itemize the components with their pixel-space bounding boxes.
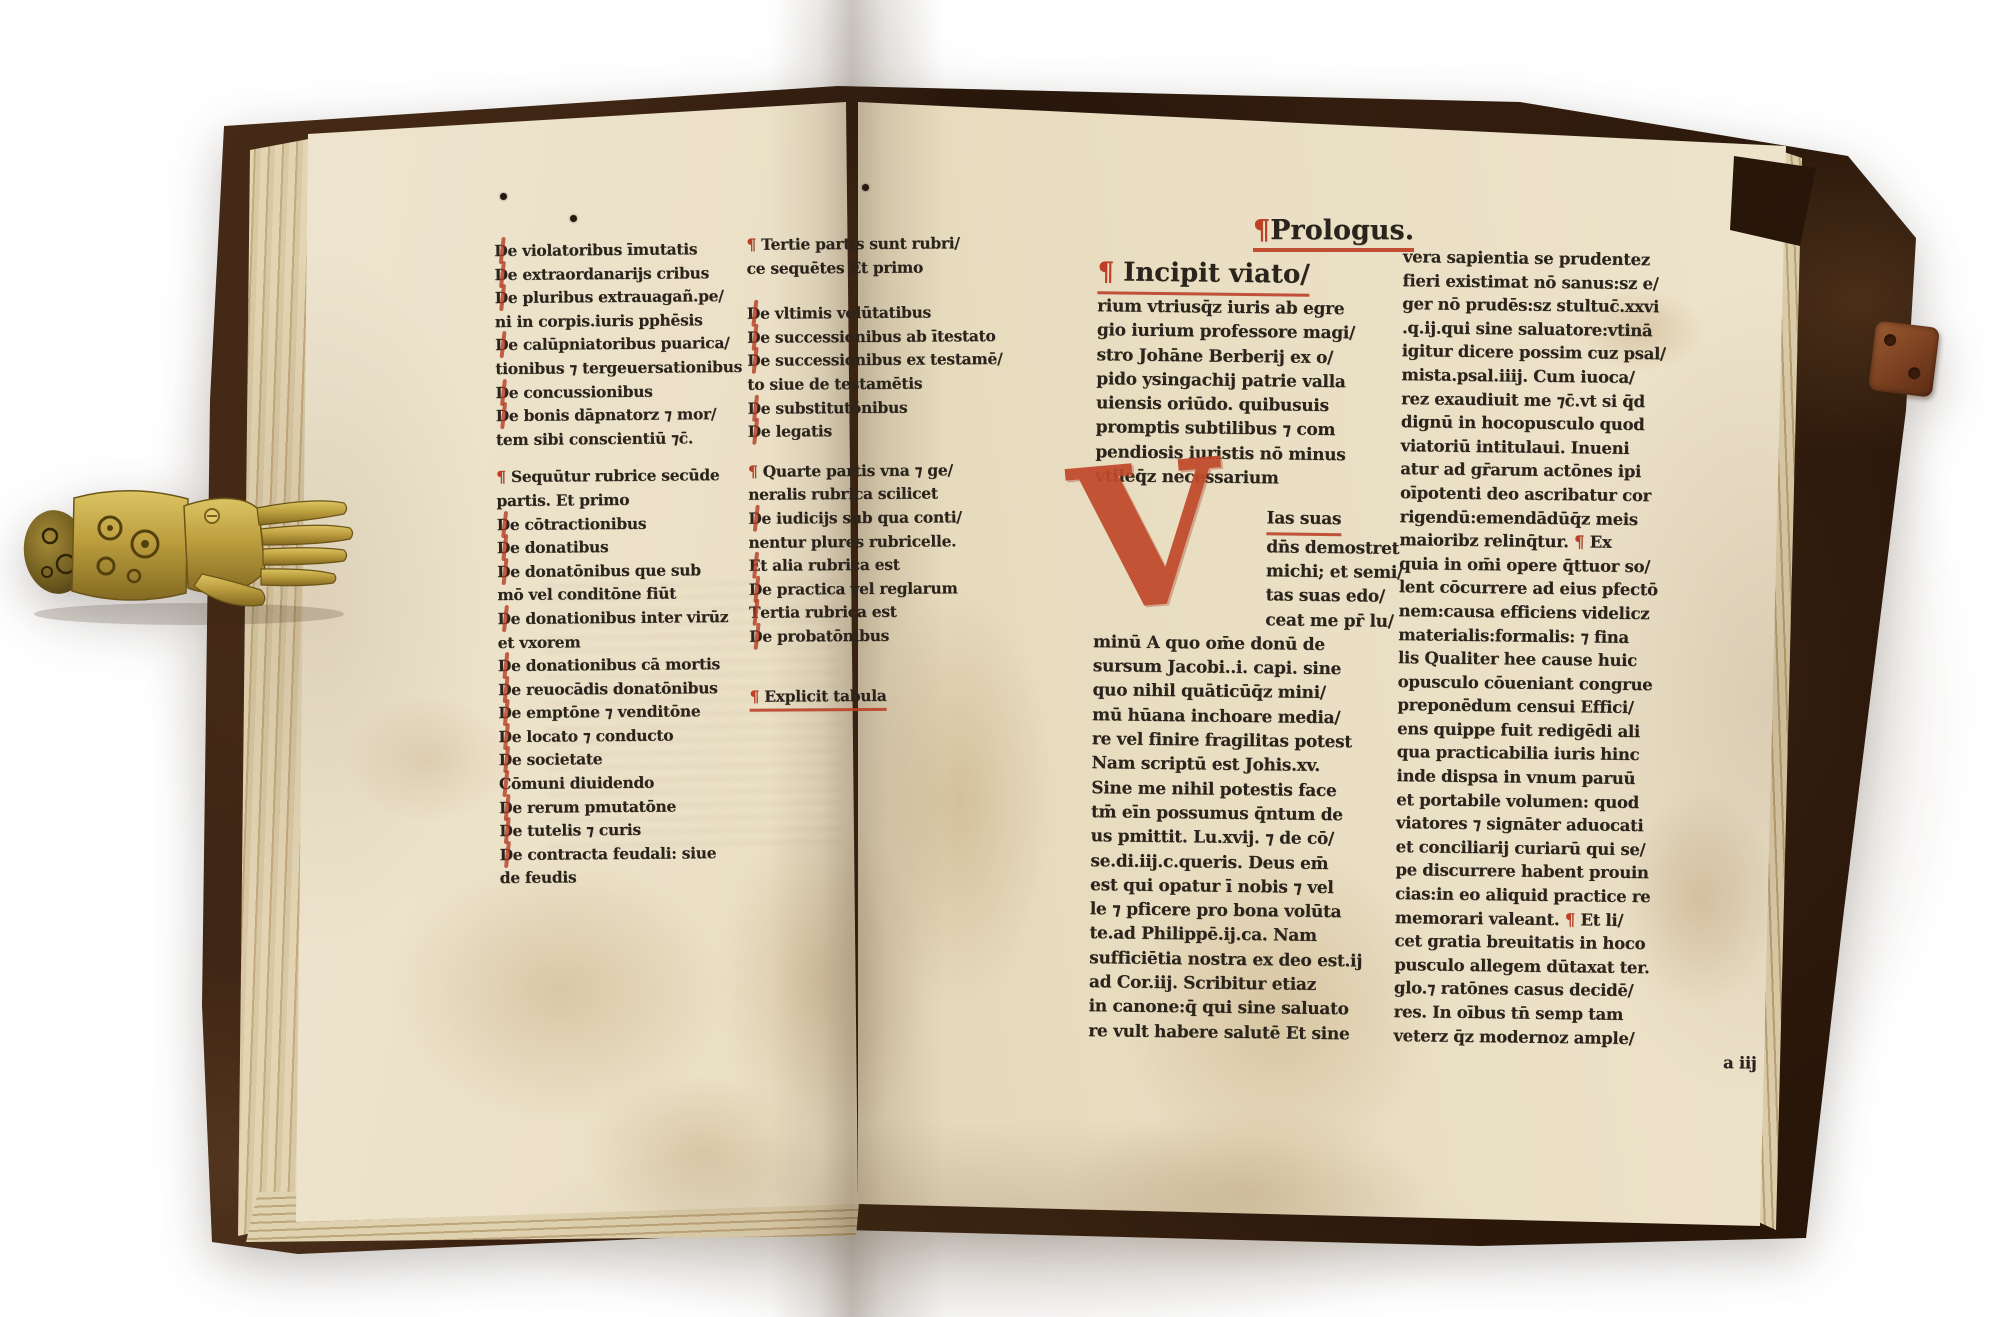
clasp-finger — [261, 525, 353, 545]
text-line: de feudis — [500, 864, 748, 890]
red-touched-initial: D — [749, 625, 762, 649]
pilcrow-mark: ¶ — [748, 461, 758, 480]
text-line: De cōtractionibus — [497, 510, 745, 536]
text-line: De donationibus inter virūz — [497, 605, 745, 631]
text-line: Et alia rubrica est — [749, 552, 979, 577]
text-line: De rerum pmutatōne — [499, 794, 747, 820]
catch-hole — [1884, 333, 1897, 346]
text-line: pido ysingachij patrie valla — [1096, 367, 1394, 395]
red-touched-initial: D — [499, 748, 512, 772]
text-line: ad Cor.iij. Scribitur etiaz — [1089, 970, 1387, 998]
text-line: De successionibus ab ītestato — [747, 324, 977, 349]
red-touched-initial: D — [499, 843, 512, 867]
text-line: est qui opatur ī nobis ⁊ vel — [1090, 873, 1388, 901]
pilcrow-mark: ¶ — [749, 686, 759, 705]
red-touched-initial: D — [498, 725, 511, 749]
red-touched-initial: D — [747, 325, 760, 349]
text-line: mū hūana inchoare media/ — [1092, 703, 1390, 731]
clasp-palm — [184, 498, 265, 592]
text-line: neralis rubrica scilicet — [748, 482, 978, 507]
clasp-shadow — [34, 603, 344, 625]
text-line: Cōmuni diuidendo — [499, 770, 747, 796]
text-line: De societate — [499, 746, 747, 772]
text-line: Sine me nihil potestis face — [1091, 776, 1389, 804]
clasp-finger — [261, 569, 336, 586]
text-line: De violatoribus īmutatis — [494, 237, 742, 263]
text-line: gio iurium professore magi/ — [1097, 319, 1395, 347]
pilcrow-mark: ¶ — [746, 235, 756, 254]
text-line: De calūpniatoribus puarica/ — [495, 331, 743, 357]
text-line: quo nihil quāticūq̄z mini/ — [1092, 679, 1390, 707]
text-line: partis. Et primo — [496, 487, 744, 513]
prologus-heading: ¶Prologus. — [1253, 215, 1414, 252]
text-line: ¶ Tertie partis sunt rubri/ — [746, 231, 976, 256]
text-line: De pluribus extrauagañ.pe/ — [495, 284, 743, 310]
red-touched-initial: D — [498, 701, 511, 725]
red-touched-initial: D — [499, 796, 512, 820]
text-line: sufficiētia nostra ex deo est.ij — [1089, 946, 1387, 974]
clasp-finger — [263, 548, 347, 565]
clasp-catch-plate — [1868, 320, 1940, 397]
red-touched-initial: D — [498, 678, 511, 702]
red-touched-initial: D — [499, 819, 512, 843]
text-line: De probatōnibus — [749, 623, 979, 648]
left-page-column-1: De violatoribus īmutatisDe extraordanari… — [494, 237, 748, 890]
text-line: le ⁊ pficere pro bona volūta — [1090, 897, 1388, 925]
right-page-column-2: vera sapientia se prudentezfieri existim… — [1393, 245, 1709, 1074]
text-line: tm̄ eīn possumus q̄ntum de — [1091, 800, 1389, 828]
text-line: ni in corpis.iuris pphēsis — [495, 308, 743, 334]
text-line: De donatōnibus que sub — [497, 558, 745, 584]
text-line: se.di.iij.c.queris. Deus em̄ — [1090, 849, 1388, 877]
text-line: De iudicijs sub qua conti/ — [748, 505, 978, 530]
red-touched-initial: D — [748, 507, 761, 531]
text-line: ¶ Explicit tabula — [749, 683, 979, 712]
red-touched-initial: D — [495, 381, 508, 405]
text-line: et vxorem — [498, 628, 746, 654]
text-line: Nam scriptū est Johis.xv. — [1091, 752, 1389, 780]
red-touched-initial: D — [494, 239, 507, 263]
text-line: De emptōne ⁊ venditōne — [498, 699, 746, 725]
text-line: to siue de testamētis — [747, 371, 977, 396]
text-line: tionibus ⁊ tergeuersationibus — [495, 355, 743, 381]
red-touched-initial: D — [498, 654, 511, 678]
text-line: De reuocādis donatōnibus — [498, 676, 746, 702]
text-line: uiensis oriūdo. quibusuis — [1096, 391, 1394, 419]
text-line: us pmittit. Lu.xvij. ⁊ de cō/ — [1091, 824, 1389, 852]
illuminated-initial: V — [1065, 446, 1231, 629]
text-line: stro Johāne Berberij ex o/ — [1096, 343, 1394, 371]
red-touched-initial: C — [499, 772, 511, 796]
text-line: ce sequētes Et primo — [746, 255, 976, 280]
brass-hand-clasp — [14, 452, 354, 632]
text-line: veterz q̄z modernoz ample/ — [1393, 1024, 1699, 1051]
text-line: re vult habere salutē Et sine — [1088, 1019, 1386, 1047]
text-line: re vel finire fragilitas potest — [1092, 727, 1390, 755]
text-line: tem sibi conscientiū ⁊c̄. — [496, 426, 744, 452]
book: ¶Prologus. De violatoribus īmutatisDe ex… — [0, 0, 2000, 1317]
text-line: De donationibus cā mortis — [498, 652, 746, 678]
red-touched-initial: D — [496, 404, 509, 428]
clasp-cuff — [72, 491, 188, 600]
text-line: De successionibus ex testamē/ — [747, 348, 977, 373]
text-line: De tutelis ⁊ curis — [499, 817, 747, 843]
red-touched-initial: T — [749, 601, 760, 625]
text-line: ¶ Sequūtur rubrice secūde — [496, 463, 744, 489]
text-line: De bonis dāpnatorz ⁊ mor/ — [496, 402, 744, 428]
text-line: De locato ⁊ conducto — [498, 723, 746, 749]
red-touched-initial: D — [747, 302, 760, 326]
left-page-column-2: ¶ Tertie partis sunt rubri/ce sequētes E… — [746, 231, 979, 712]
pilcrow-mark: ¶ — [496, 467, 506, 486]
red-touched-initial: D — [748, 420, 761, 444]
red-touched-initial: D — [747, 396, 760, 420]
red-touched-initial: D — [497, 560, 510, 584]
text-line: ¶ Quarte partis vna ⁊ ge/ — [748, 458, 978, 483]
text-line: De vltimis volūtatibus — [747, 300, 977, 325]
text-line: rium vtriusq̄z iuris ab egre — [1097, 294, 1395, 322]
text-line: ¶ Incipit viato/ — [1097, 254, 1395, 298]
red-touched-initial: D — [497, 607, 510, 631]
photograph: ¶Prologus. De violatoribus īmutatisDe ex… — [0, 0, 2000, 1317]
text-line: a iij — [1393, 1047, 1723, 1075]
text-line: sursum Jacobi..i. capi. sine — [1093, 654, 1391, 682]
pilcrow-mark: ¶ — [1565, 910, 1575, 929]
text-line: De legatis — [748, 418, 978, 443]
red-touched-initial: E — [749, 554, 761, 578]
clasp-finger — [257, 501, 347, 525]
text-line: De practica vel reglarum — [749, 576, 979, 601]
text-line: De extraordanarijs cribus — [494, 261, 742, 287]
text-line: nentur plures rubricelle. — [748, 529, 978, 554]
red-touched-initial: D — [495, 286, 508, 310]
red-touched-initial: D — [494, 263, 507, 287]
text-line: mō vel conditōne fiūt — [497, 581, 745, 607]
text-line: De concussionibus — [495, 378, 743, 404]
red-touched-initial: D — [747, 349, 760, 373]
printed-text-layer: ¶Prologus. De violatoribus īmutatisDe ex… — [0, 0, 2000, 1317]
text-line: De donatibus — [497, 534, 745, 560]
pilcrow-mark: ¶ — [1097, 257, 1114, 287]
pilcrow-mark: ¶ — [1253, 215, 1270, 246]
red-touched-initial: D — [497, 536, 510, 560]
red-touched-initial: D — [495, 333, 508, 357]
red-touched-initial: D — [497, 513, 510, 537]
pilcrow-mark: ¶ — [1574, 532, 1584, 551]
red-touched-initial: D — [749, 577, 762, 601]
text-line: De substitutōnibus — [747, 395, 977, 420]
text-line: Tertia rubrica est — [749, 600, 979, 625]
text-line: te.ad Philippē.ij.ca. Nam — [1089, 922, 1387, 950]
text-line: in canone:q̄ qui sine saluato — [1088, 994, 1386, 1022]
text-line: De contracta feudali: siue — [499, 841, 747, 867]
catch-hole — [1908, 367, 1921, 380]
